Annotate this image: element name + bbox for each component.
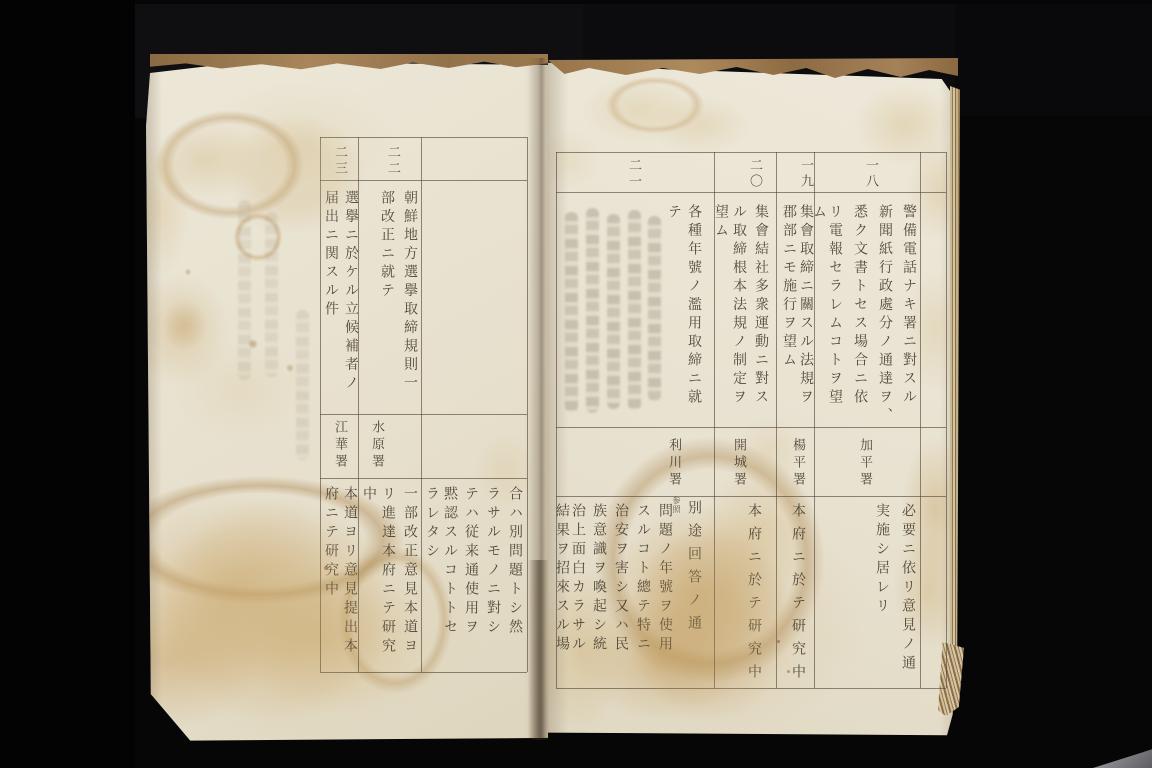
entry-21-continuation-column: ラサルモノニ對シ [483, 486, 503, 638]
table-grid-line [421, 137, 422, 672]
entry-19-body-column: 集會取締ニ關スル法規ヲ [796, 204, 816, 408]
ink-bleed-through [565, 212, 578, 412]
entry-19-response-column: 本府ニ於テ研究中 [788, 503, 808, 687]
ink-bleed-through [628, 210, 641, 410]
table-grid-line [776, 152, 777, 688]
entry-21-continuation-column: 合ハ別問題トシ然 [505, 486, 525, 638]
entry-22-body-column: 朝鮮地方選擧取締規則一 [400, 190, 420, 394]
entry-20-body-column: ル取締根本法規ノ制定ヲ [729, 204, 749, 408]
paper-fleck [324, 566, 328, 570]
paper-fleck [777, 640, 780, 643]
photo-scene: 一八 一九 二〇 二一 警備電話ナキ署ニ對スル 新聞紙行政處分ノ通達ヲ、 悉ク文… [0, 0, 1152, 768]
ink-bleed-through [607, 214, 620, 409]
entry-20-station: 開城署 [729, 438, 748, 489]
entry-21-station: 利川署 [664, 438, 683, 489]
ink-bleed-through [265, 212, 278, 377]
entry-20-number: 二〇 [745, 158, 764, 190]
entry-21-response-column: 治安ヲ害シ又ハ民 [611, 503, 631, 655]
entry-20-response-column: 本府ニ於テ研究中 [744, 503, 764, 687]
entry-22-response-column: リ進達本府ニテ研究 [378, 486, 398, 657]
entry-18-number: 一八 [861, 158, 880, 190]
entry-21-response-column: 問題ノ年號ヲ使用 [655, 503, 675, 655]
entry-21-continuation-column: テハ従来通使用ヲ [461, 486, 481, 638]
entry-18-station: 加平署 [855, 438, 874, 489]
table-grid-line [556, 496, 946, 497]
entry-21-continuation-column: 黙認スルコトトセ [440, 486, 460, 638]
entry-23-body-column: 届出ニ関スル件 [321, 190, 341, 320]
entry-21-response-column: スルコト總テ特ニ [633, 503, 653, 655]
entry-18-response-column: 必要ニ依リ意見ノ通 [898, 503, 918, 674]
entry-22-body-column: 部改正ニ就テ [377, 190, 397, 301]
table-grid-line [320, 137, 527, 138]
entry-21-body-column: 各種年號ノ濫用取締ニ就 [684, 204, 704, 408]
table-grid-line [527, 137, 528, 672]
entry-19-number: 一九 [796, 158, 815, 190]
entry-23-response-column: 本道ヨリ意見提出本 [340, 486, 360, 657]
ink-bleed-through [648, 216, 661, 401]
paper-fleck [787, 670, 790, 673]
table-grid-line [320, 414, 527, 415]
entry-22-response-column: 一部改正意見本道ヨ [400, 486, 420, 657]
table-grid-line [556, 192, 946, 193]
entry-18-response-column: 実施シ居レリ [872, 503, 892, 617]
ink-layer: 一八 一九 二〇 二一 警備電話ナキ署ニ對スル 新聞紙行政處分ノ通達ヲ、 悉ク文… [0, 0, 1152, 768]
table-grid-line [320, 478, 527, 479]
entry-20-body-column: 集會結社多衆運動ニ對ス [751, 204, 771, 408]
entry-22-station: 水原署 [367, 420, 386, 471]
table-grid-line [556, 427, 946, 428]
ink-bleed-through [238, 200, 251, 380]
table-grid-line [920, 152, 921, 688]
entry-23-body-column: 選擧ニ於ケル立候補者ノ [341, 190, 361, 394]
entry-19-body-column: 郡部ニモ施行ヲ望ム [779, 204, 799, 371]
table-grid-line [320, 180, 527, 181]
entry-18-body-column: 警備電話ナキ署ニ對スル [899, 204, 919, 408]
entry-21-response-column: 別途回答ノ通 [684, 500, 704, 638]
entry-21-response-column: 結果ヲ招來スル場 [552, 503, 572, 655]
entry-23-station: 江華署 [330, 420, 349, 471]
entry-19-station: 楊平署 [788, 438, 807, 489]
entry-21-body-column: テ [664, 204, 684, 223]
entry-18-body-column: 新聞紙行政處分ノ通達ヲ、 [875, 204, 895, 426]
entry-18-body-column: リ電報セラレムコトヲ望 [825, 204, 845, 408]
table-grid-line [556, 688, 946, 689]
entry-18-body-column: 悉ク文書トセス場合ニ依 [850, 204, 870, 408]
entry-21-number: 二一 [624, 158, 643, 190]
table-grid-line [556, 152, 946, 153]
entry-23-response-column: 府ニテ研究中 [321, 486, 341, 600]
table-grid-line [946, 152, 947, 688]
entry-20-body-column: 望ム [711, 204, 731, 241]
entry-23-number: 二三 [330, 145, 349, 177]
ink-bleed-through [586, 208, 599, 413]
entry-22-number: 二二 [383, 145, 402, 177]
ink-bleed-through [296, 310, 309, 460]
table-grid-line [320, 672, 527, 673]
entry-22-response-column: 中 [359, 486, 379, 505]
entry-21-response-column: 族意識ヲ喚起シ統 [589, 503, 609, 655]
entry-21-continuation-column: ラレタシ [422, 486, 442, 562]
